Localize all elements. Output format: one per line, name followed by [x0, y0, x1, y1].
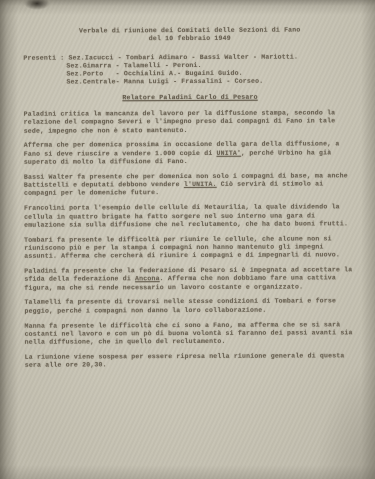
- attendees-row: Sez.Centrale- Manna Luigi - Frassalini -…: [23, 78, 356, 88]
- paragraph-manna: Manna fa presente le difficoltà che ci s…: [25, 321, 358, 347]
- underlined-word-unita: UNITA': [217, 150, 242, 157]
- paragraph-bassi-walter: Bassi Walter fa presente che per domenic…: [24, 172, 357, 198]
- attendees-label: Presenti :: [23, 54, 64, 61]
- paragraph-francolini: Francolini porta l'esempio delle cellule…: [24, 204, 357, 230]
- paragraph-paladini-critica: Paladini critica la mancanza del lavoro …: [24, 109, 357, 135]
- paragraph-tombari: Tombari fa presente le difficoltà per ri…: [24, 235, 357, 261]
- scanned-document-page: Verbale di riunione dei Comitati delle S…: [0, 0, 375, 479]
- paragraph-chiusura: La riunione viene sospesa per essere rip…: [25, 352, 358, 370]
- attendees-list: Presenti : Sez.Iacucci - Tombari Adimaro…: [23, 53, 356, 88]
- section-heading: Relatore Paladini Carlo di Pesaro: [24, 93, 357, 103]
- attendees-row-text: Sez.Iacucci - Tombari Adimaro - Bassi Wa…: [68, 53, 298, 61]
- paragraph-afferma-gara: Afferma che per domenica prossima in occ…: [24, 141, 357, 167]
- paragraph-paladini-federazione: Paladini fa presente che la federazione …: [24, 266, 357, 292]
- document-title: Verbale di riunione dei Comitati delle S…: [23, 26, 356, 44]
- paragraph-talamelli: Talamelli fa presente di trovarsi nelle …: [24, 298, 357, 316]
- title-line-2: del 10 febbraio 1949: [23, 35, 356, 45]
- document-content: Verbale di riunione dei Comitati delle S…: [23, 26, 358, 376]
- underlined-word-lunita: l'UNITA.: [184, 181, 217, 188]
- underlined-word-ancona: Ancona: [135, 275, 160, 282]
